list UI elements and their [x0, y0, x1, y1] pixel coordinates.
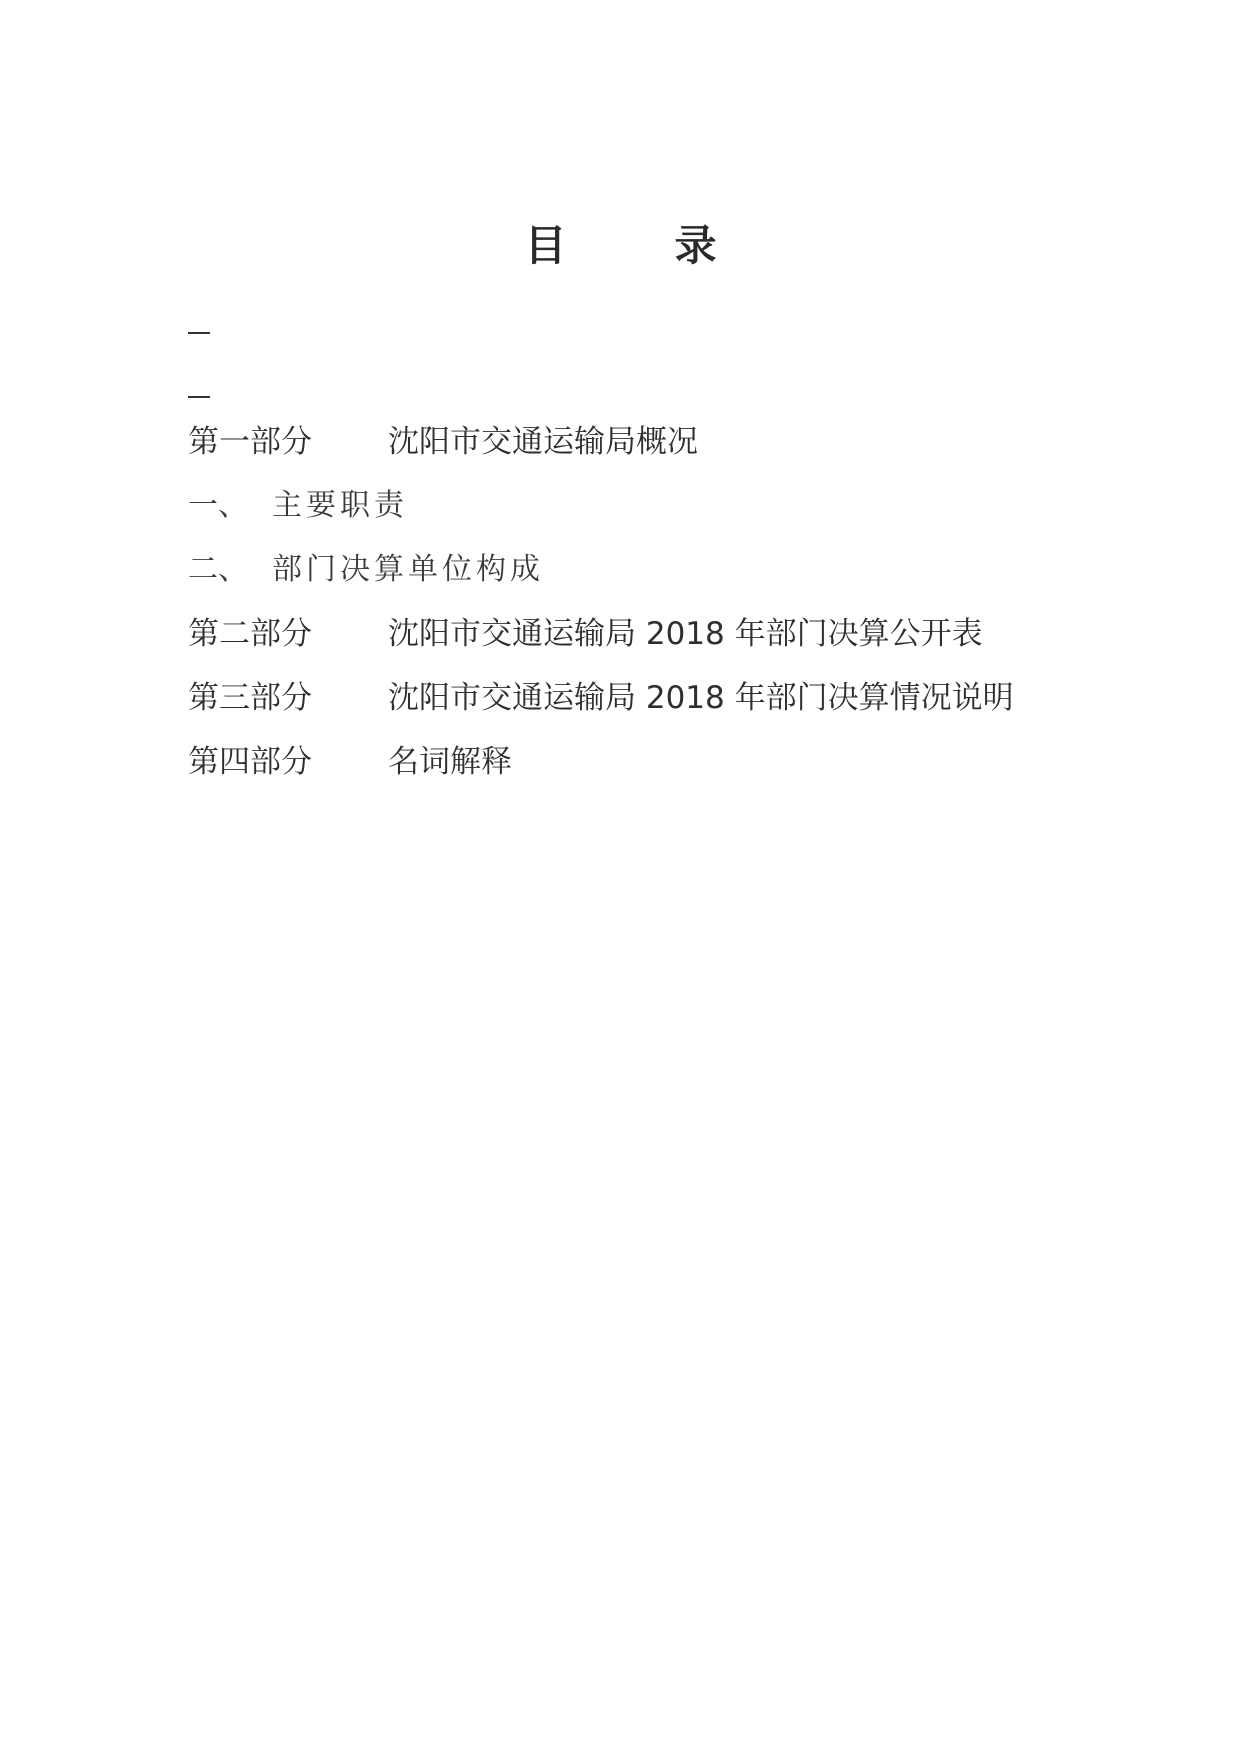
toc-entry-text: 部门决算单位构成 [272, 552, 544, 587]
toc-entry-text: 沈阳市交通运输局概况 [388, 422, 698, 462]
document-page: 目录 第一部分沈阳市交通运输局概况 一、主要职责 二、部门决算单位构成 第二部分… [0, 0, 1241, 1754]
toc-title-char-1: 目 [524, 218, 566, 274]
toc-entry-text: 主要职责 [272, 488, 408, 523]
toc-entry-sub-2[interactable]: 二、部门决算单位构成 [188, 550, 544, 590]
toc-entry-label: 二、 [188, 550, 272, 590]
toc-entry-label: 第三部分 [188, 678, 388, 718]
toc-entry-text: 沈阳市交通运输局 2018 年部门决算情况说明 [388, 678, 1014, 718]
toc-entry-text: 名词解释 [388, 742, 512, 782]
dash-line-1 [188, 332, 210, 334]
toc-entry-label: 第一部分 [188, 422, 388, 462]
toc-entry-label: 一、 [188, 486, 272, 526]
toc-entry-part-2[interactable]: 第二部分沈阳市交通运输局 2018 年部门决算公开表 [188, 614, 983, 654]
toc-entry-label: 第二部分 [188, 614, 388, 654]
toc-title-char-2: 录 [675, 218, 717, 274]
toc-entry-text: 沈阳市交通运输局 2018 年部门决算公开表 [388, 614, 983, 654]
toc-entry-label: 第四部分 [188, 742, 388, 782]
toc-title: 目录 [0, 218, 1241, 274]
toc-entry-part-3[interactable]: 第三部分沈阳市交通运输局 2018 年部门决算情况说明 [188, 678, 1014, 718]
dash-line-2 [188, 396, 210, 398]
toc-entry-part-4[interactable]: 第四部分名词解释 [188, 742, 512, 782]
toc-entry-part-1[interactable]: 第一部分沈阳市交通运输局概况 [188, 422, 698, 462]
toc-entry-sub-1[interactable]: 一、主要职责 [188, 486, 408, 526]
